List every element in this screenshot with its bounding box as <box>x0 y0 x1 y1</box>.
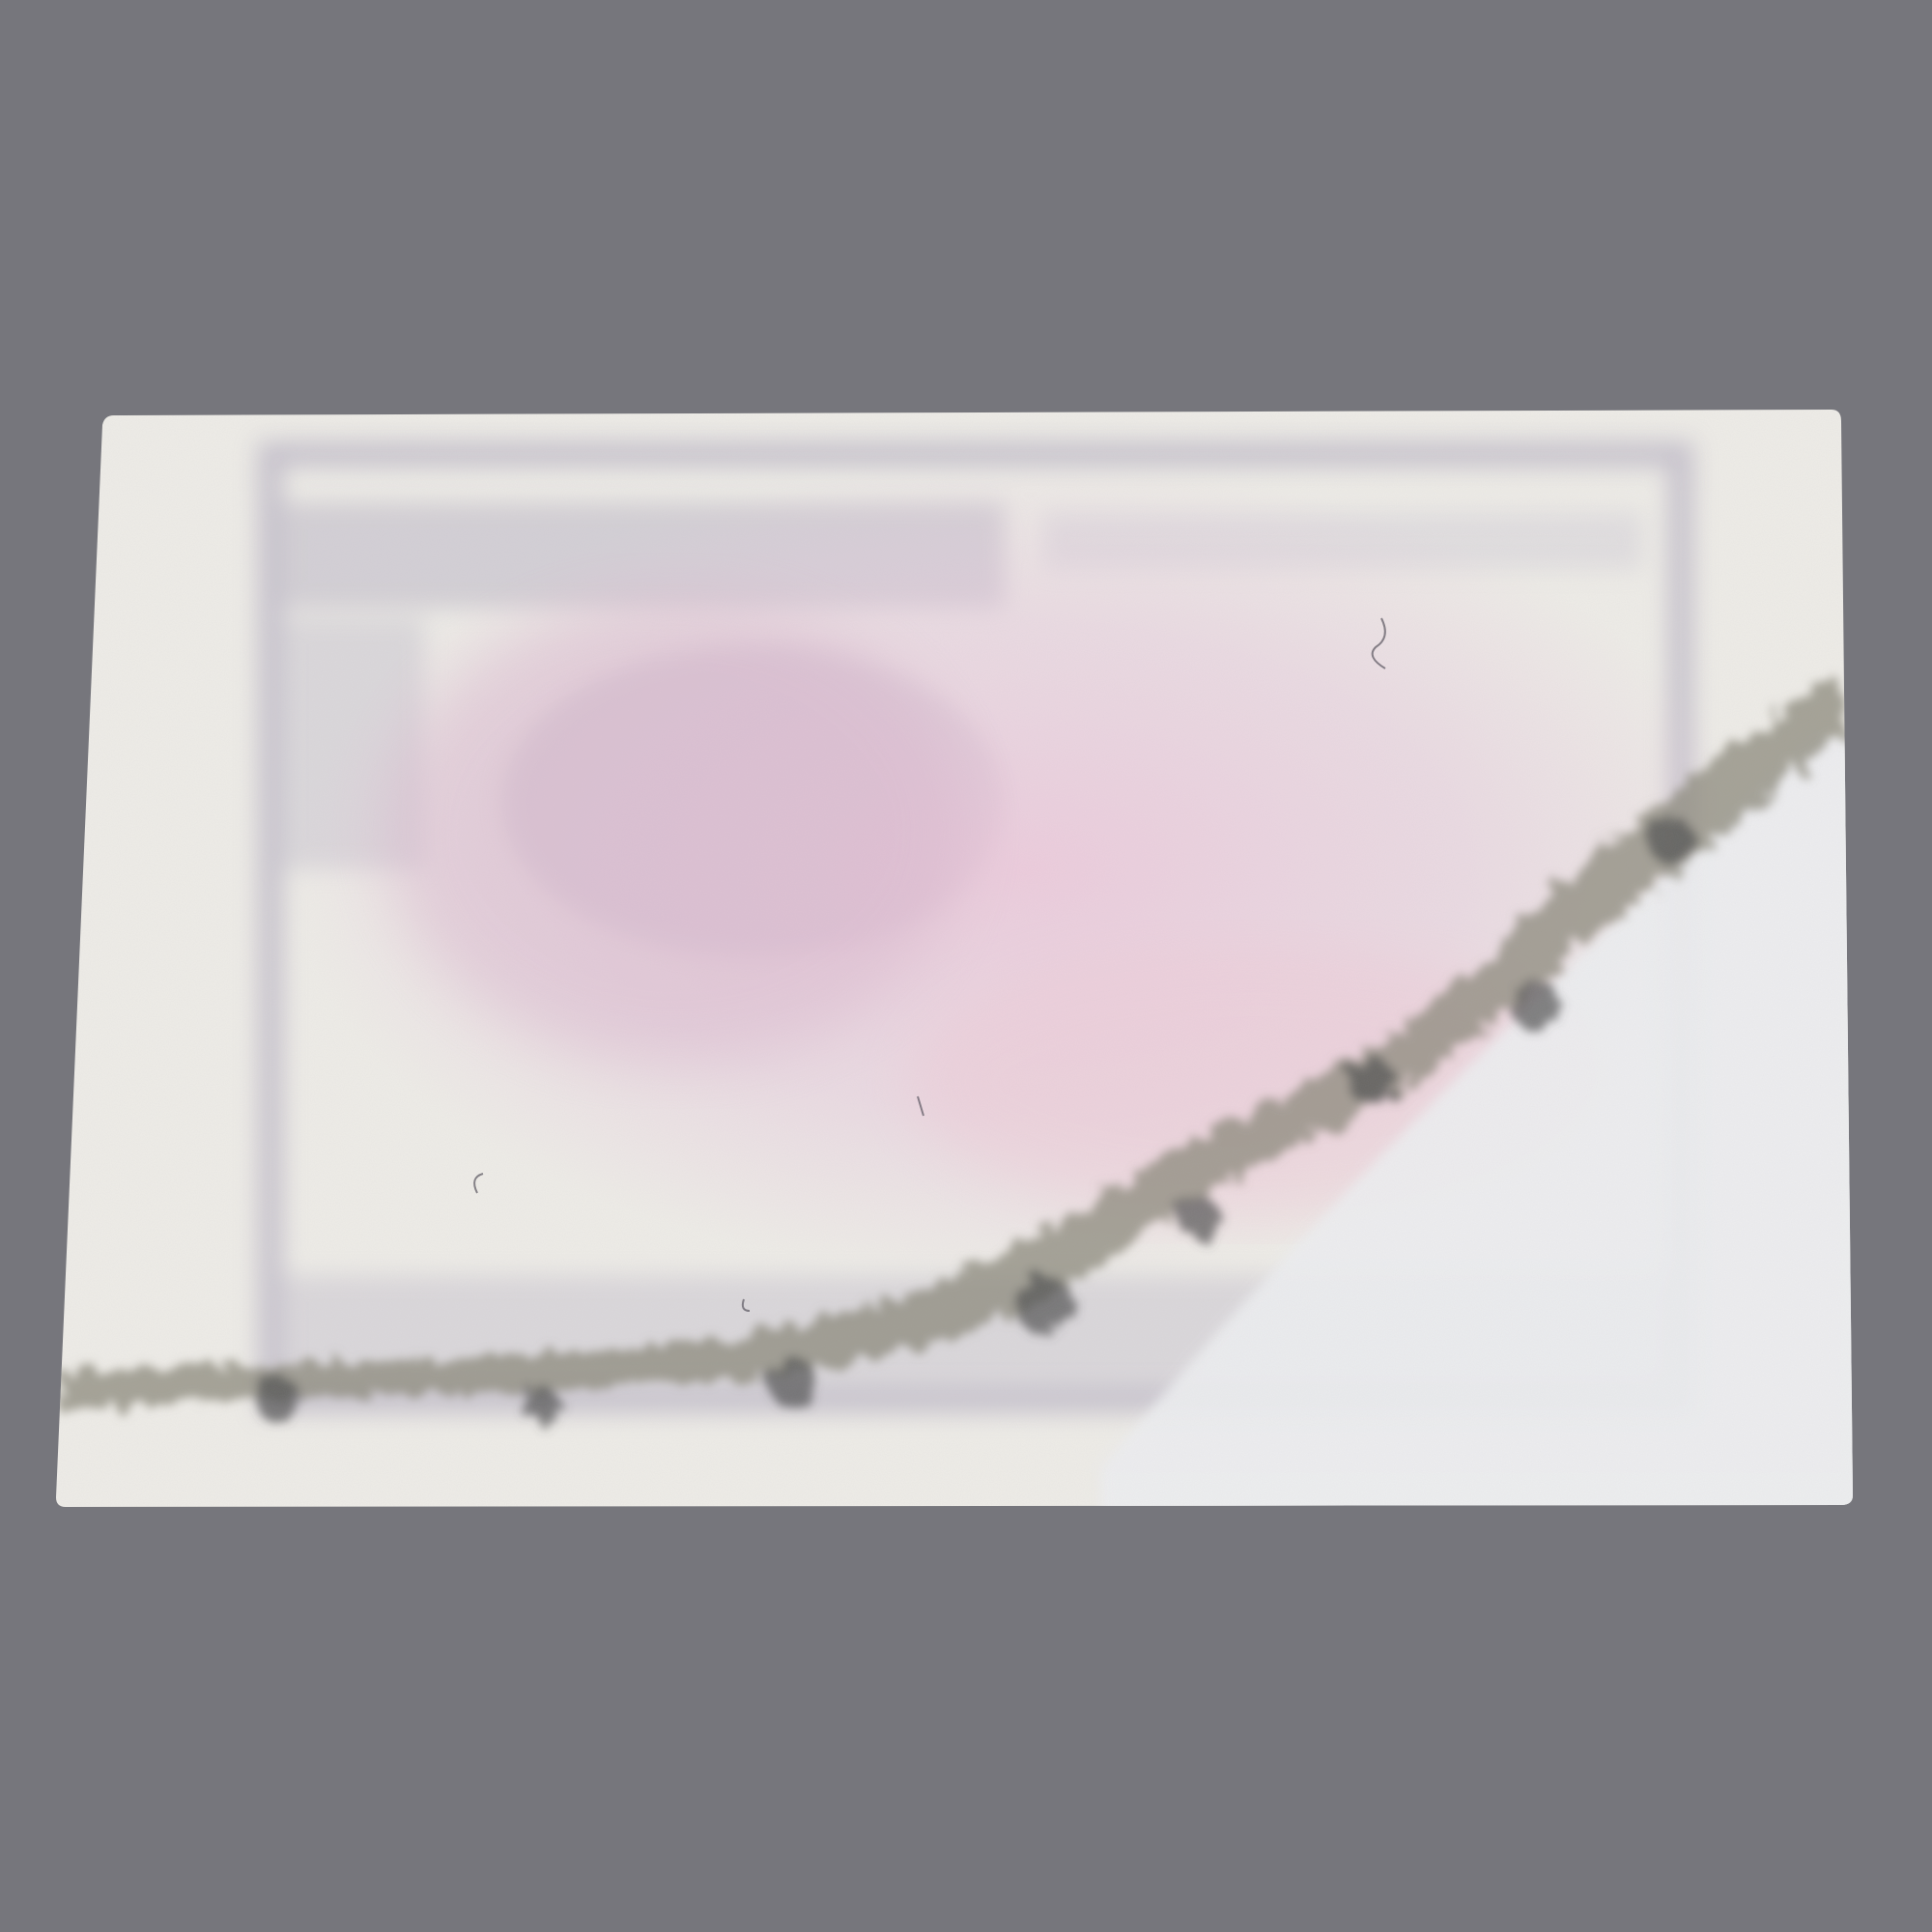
paper-fragment <box>0 0 1932 1932</box>
photo-scene <box>0 0 1932 1932</box>
